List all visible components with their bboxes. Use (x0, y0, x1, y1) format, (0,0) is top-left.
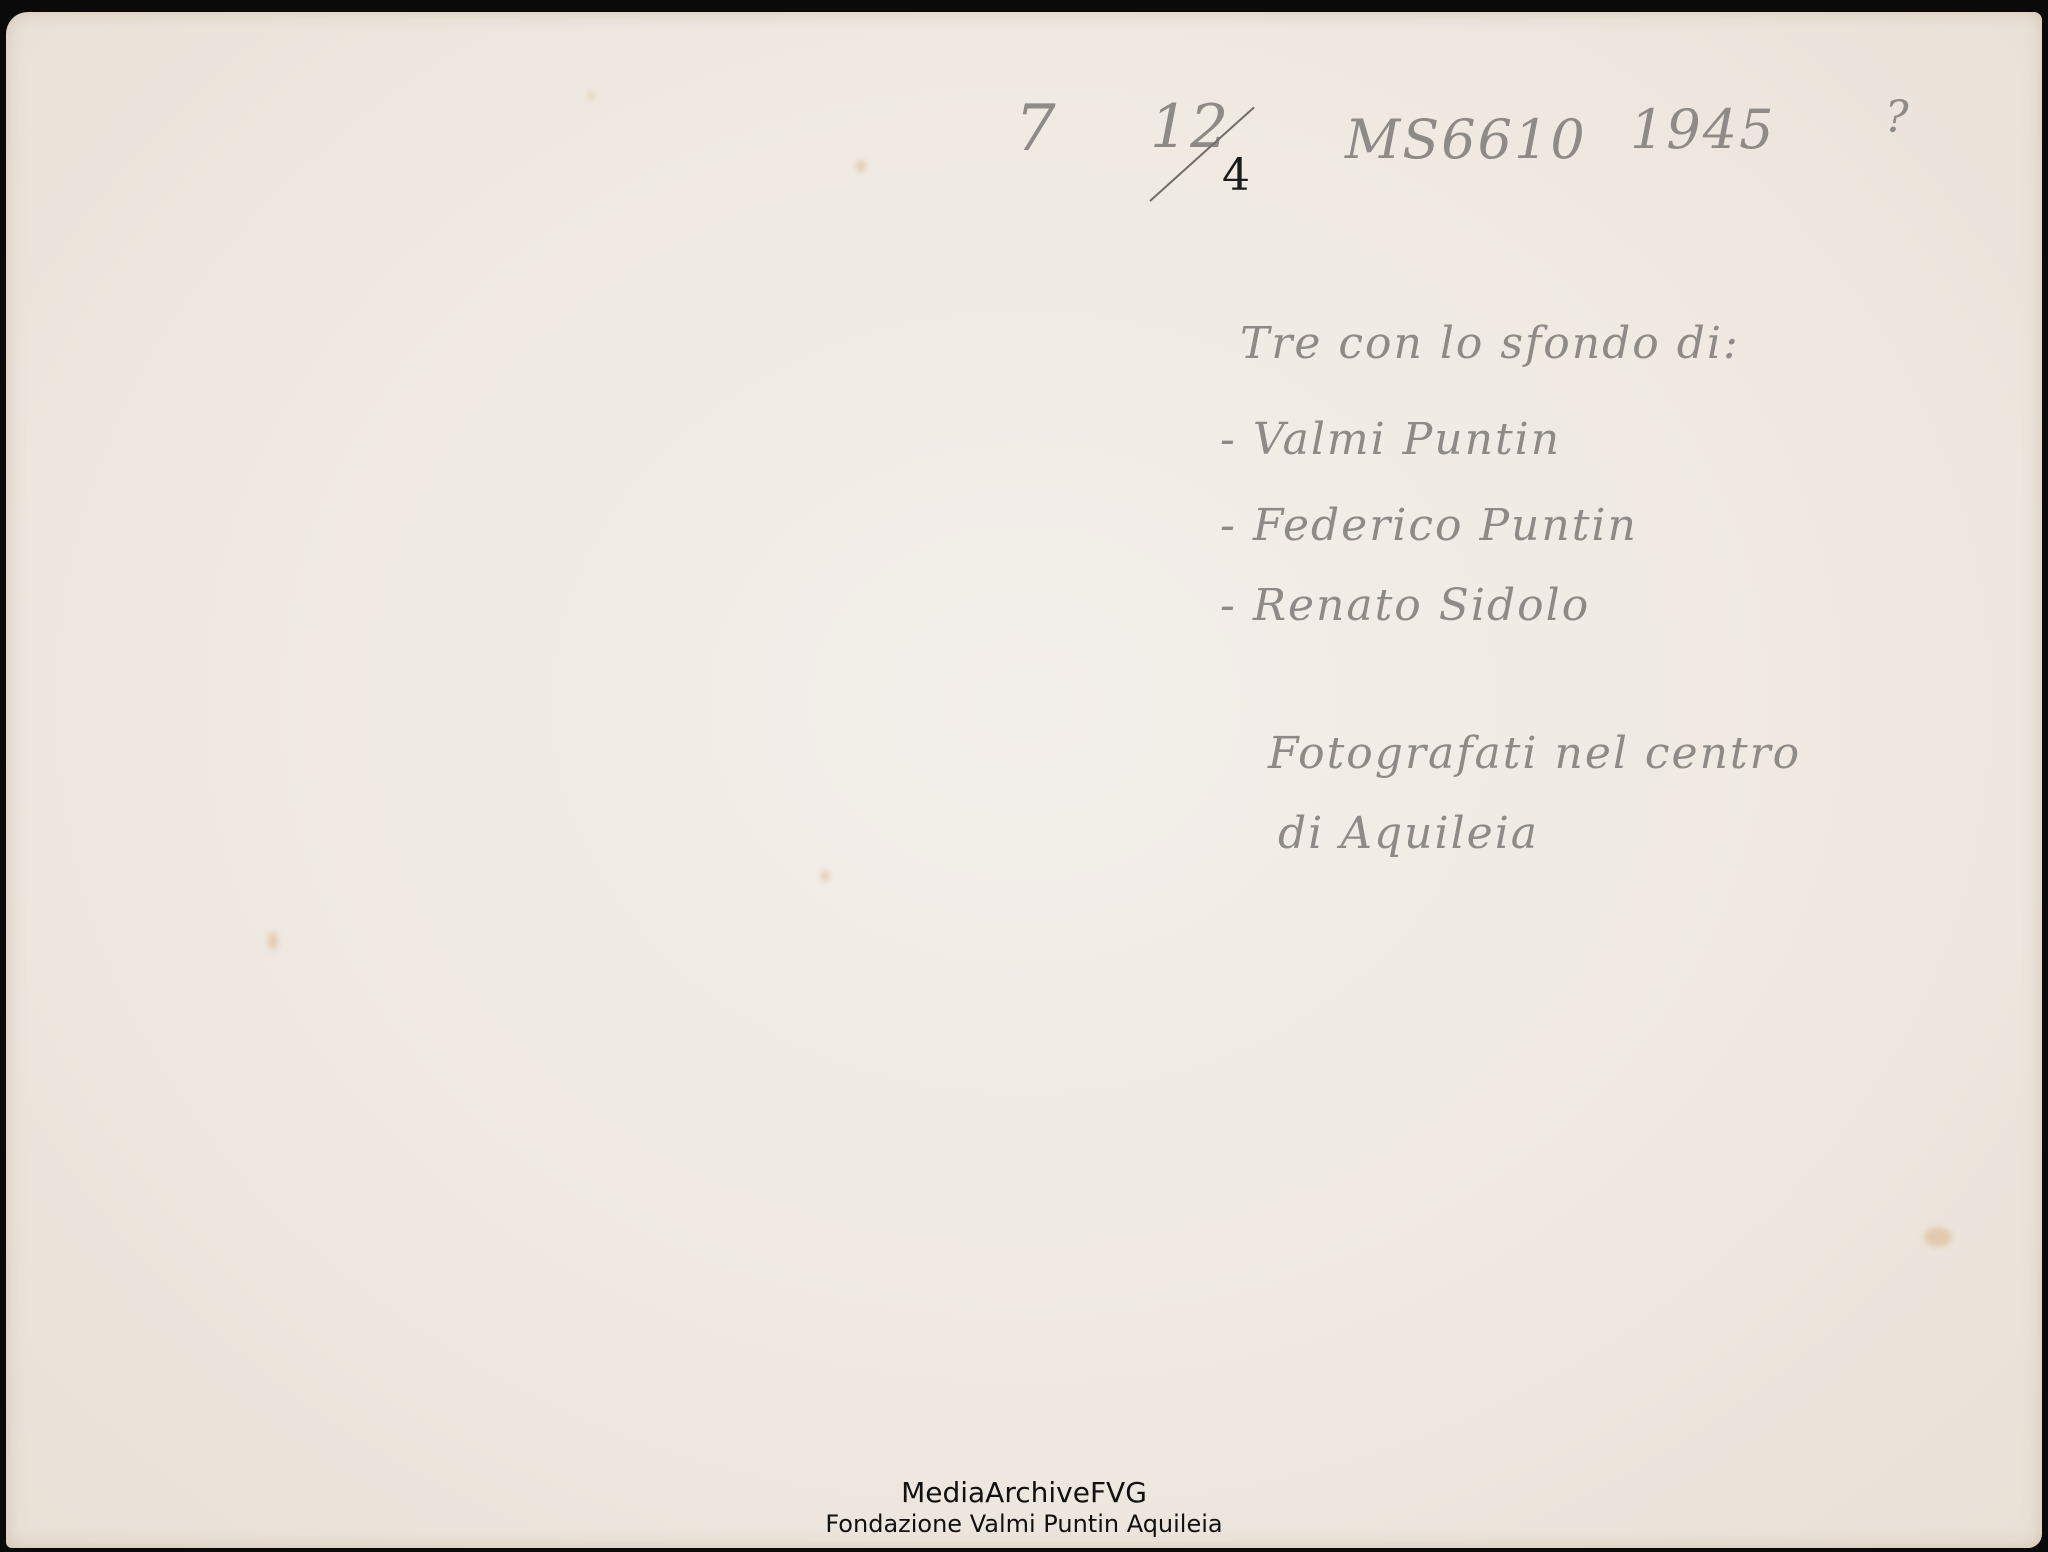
watermark-subtitle: Fondazione Valmi Puntin Aquileia (0, 1510, 2048, 1538)
watermark-title: MediaArchiveFVG (0, 1476, 2048, 1509)
caption-line: Tre con lo sfondo di: (1240, 318, 1740, 369)
location-line: Fotografati nel centro (1268, 728, 1801, 779)
note-mark-right: ? (1885, 92, 1911, 143)
foxing-stain (588, 92, 594, 100)
note-number-left: 7 (1015, 92, 1058, 166)
caption-line: - Federico Puntin (1220, 500, 1638, 551)
photo-card-back (6, 12, 2042, 1548)
note-number-crossed: 12 (1150, 92, 1230, 162)
caption-line: - Renato Sidolo (1220, 580, 1590, 631)
note-inventory-code: MS6610 (1345, 108, 1587, 171)
note-year: 1945 (1630, 98, 1775, 161)
note-number-correction: 4 (1222, 150, 1252, 201)
foxing-stain (268, 932, 278, 950)
foxing-stain (821, 870, 829, 882)
caption-line: - Valmi Puntin (1220, 414, 1561, 465)
foxing-stain (856, 160, 866, 172)
foxing-stain (1924, 1227, 1952, 1247)
location-line: di Aquileia (1278, 808, 1539, 859)
